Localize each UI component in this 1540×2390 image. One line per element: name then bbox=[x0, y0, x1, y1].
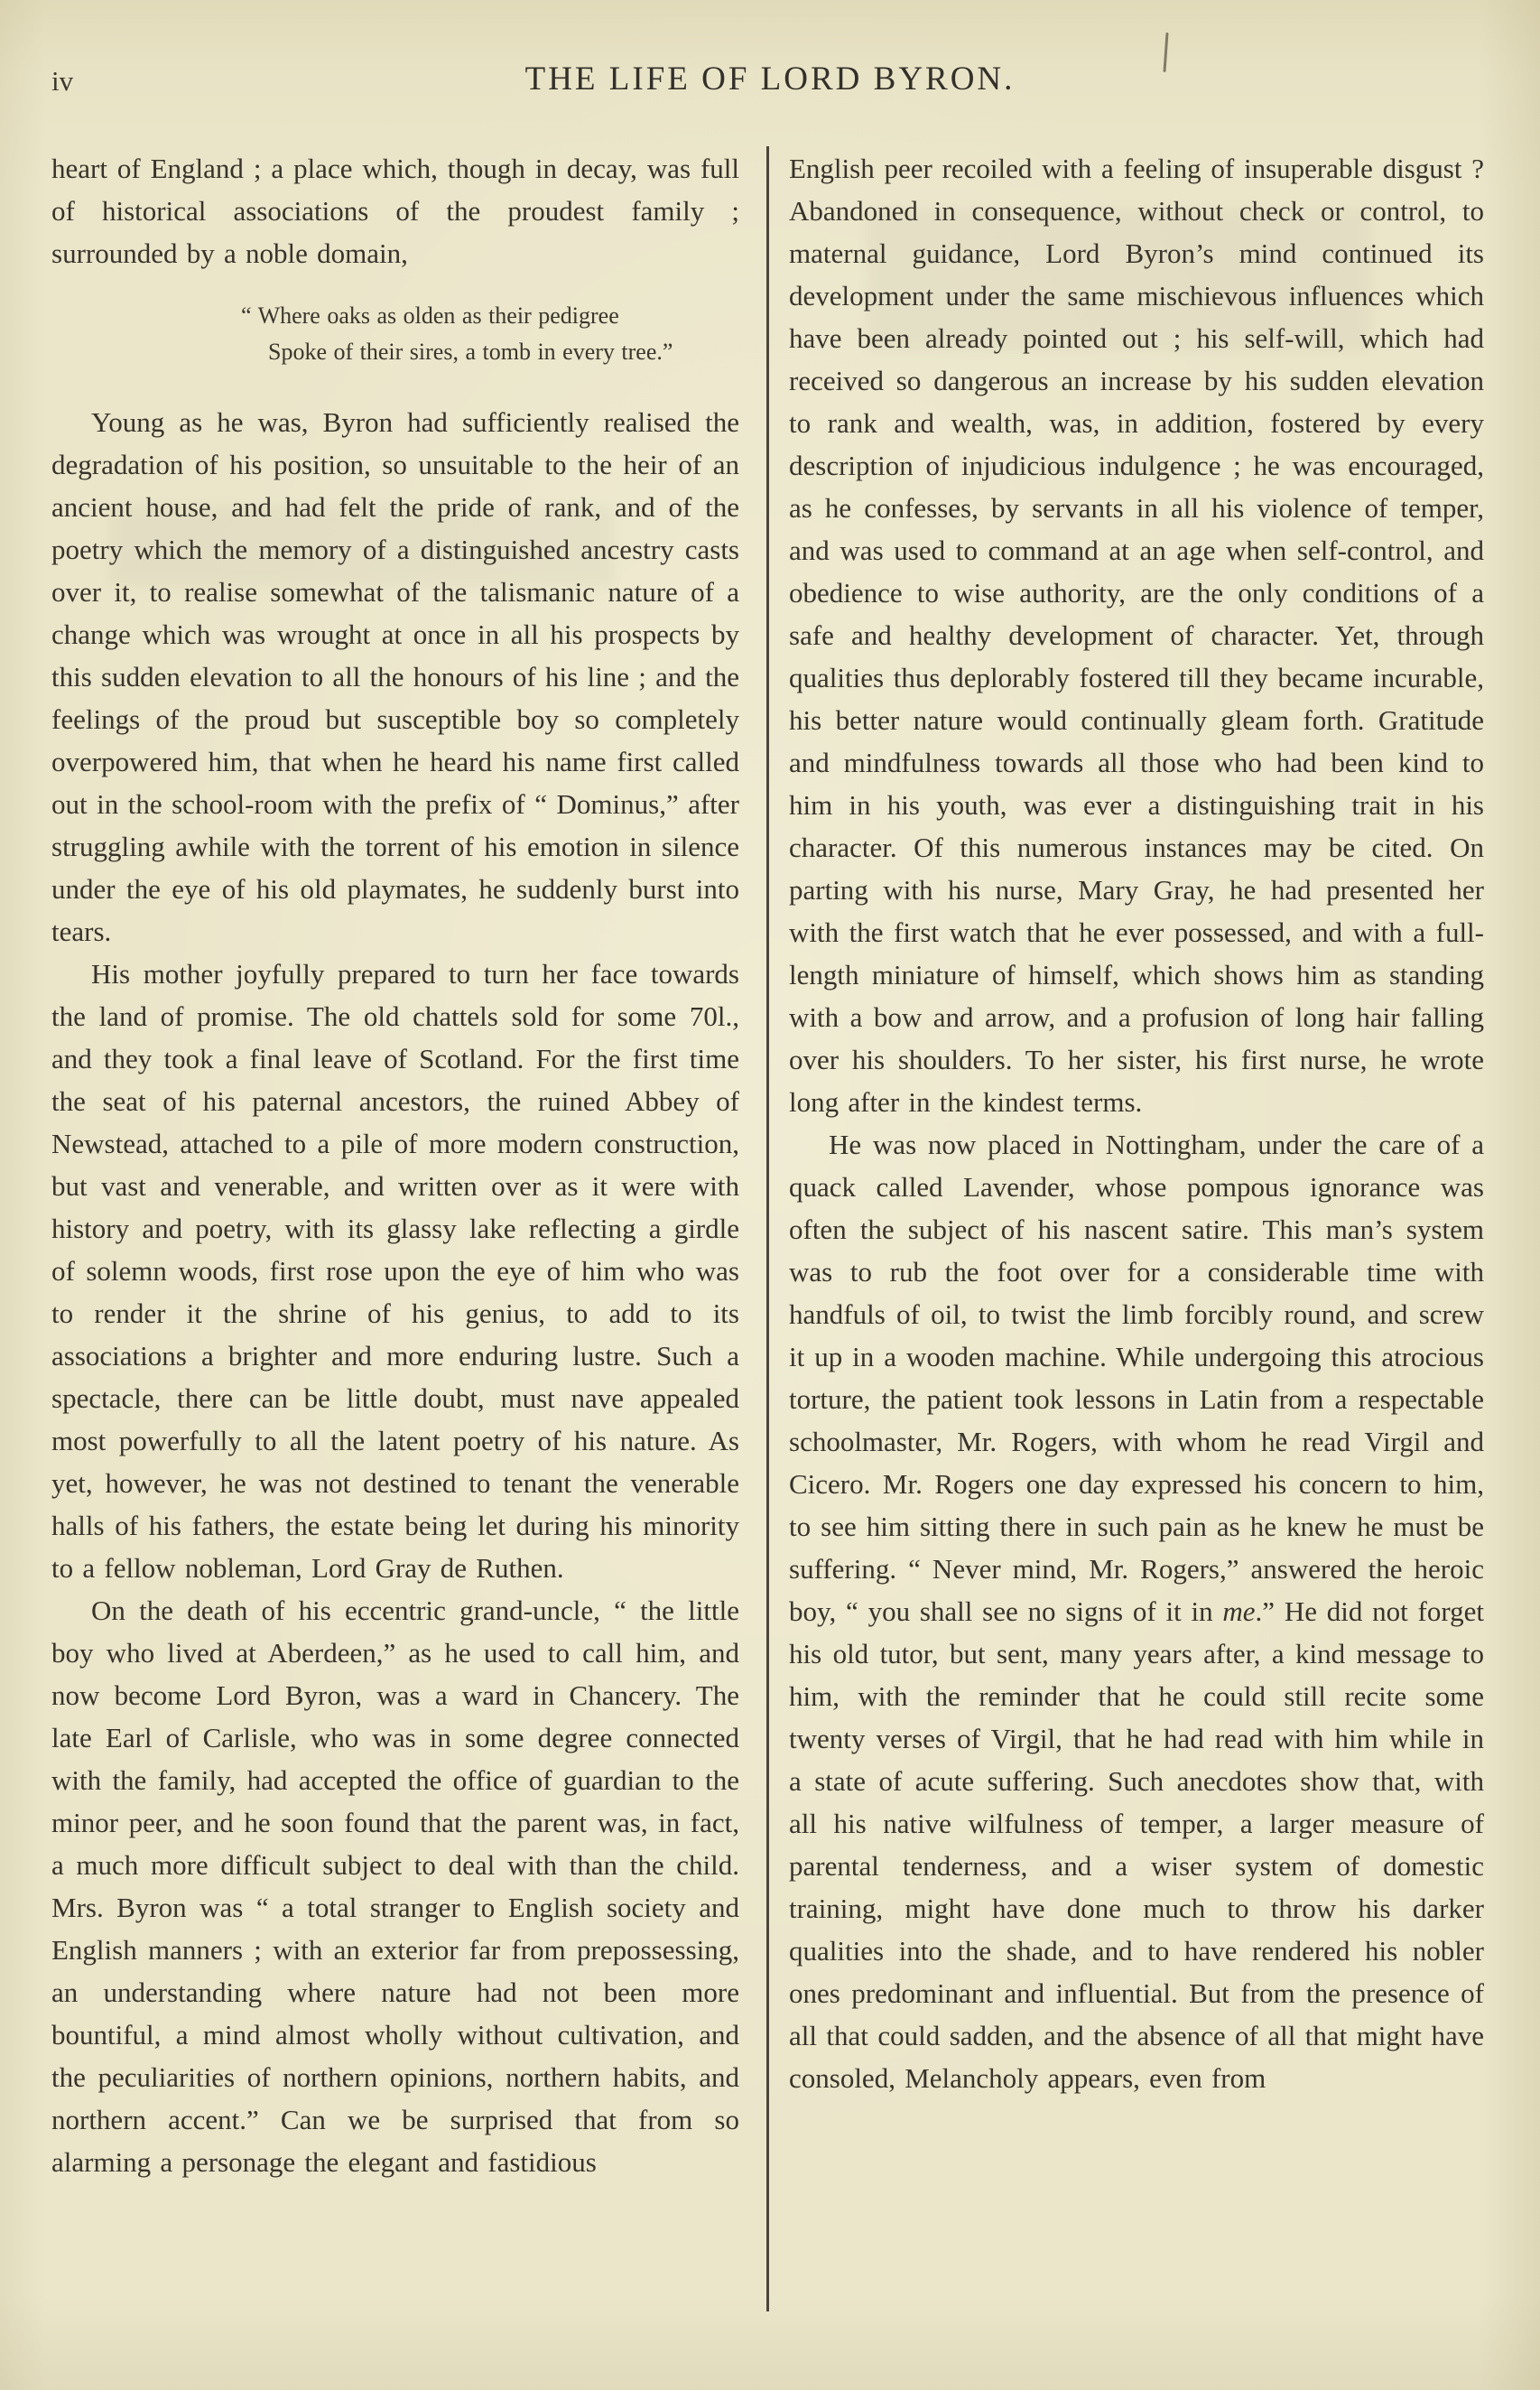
paragraph: His mother joyfully prepared to turn her… bbox=[51, 953, 739, 1589]
verse-line: Spoke of their sires, a tomb in every tr… bbox=[241, 334, 739, 370]
paragraph-continuation: heart of England ; a place which, though… bbox=[51, 147, 739, 274]
paragraph: Young as he was, Byron had sufficiently … bbox=[51, 401, 739, 953]
right-column: English peer recoiled with a feeling of … bbox=[789, 147, 1484, 2099]
paragraph: On the death of his eccentric grand-uncl… bbox=[51, 1589, 739, 2183]
paragraph-text: .” He did not forget his old tutor, but … bbox=[789, 1595, 1484, 2094]
verse-line: “ Where oaks as olden as their pedigree bbox=[241, 298, 739, 334]
paragraph-continuation: English peer recoiled with a feeling of … bbox=[789, 147, 1484, 1123]
book-page-scan: iv THE LIFE OF LORD BYRON. heart of Engl… bbox=[0, 0, 1540, 2390]
left-column: heart of England ; a place which, though… bbox=[51, 147, 739, 2183]
page-title: THE LIFE OF LORD BYRON. bbox=[0, 60, 1540, 98]
paragraph: He was now placed in Nottingham, under t… bbox=[789, 1123, 1484, 2099]
verse-quote: “ Where oaks as olden as their pedigree … bbox=[241, 298, 739, 370]
italic-word: me bbox=[1222, 1595, 1255, 1627]
column-divider-rule bbox=[766, 146, 769, 2311]
paragraph-text: He was now placed in Nottingham, under t… bbox=[789, 1129, 1484, 1627]
